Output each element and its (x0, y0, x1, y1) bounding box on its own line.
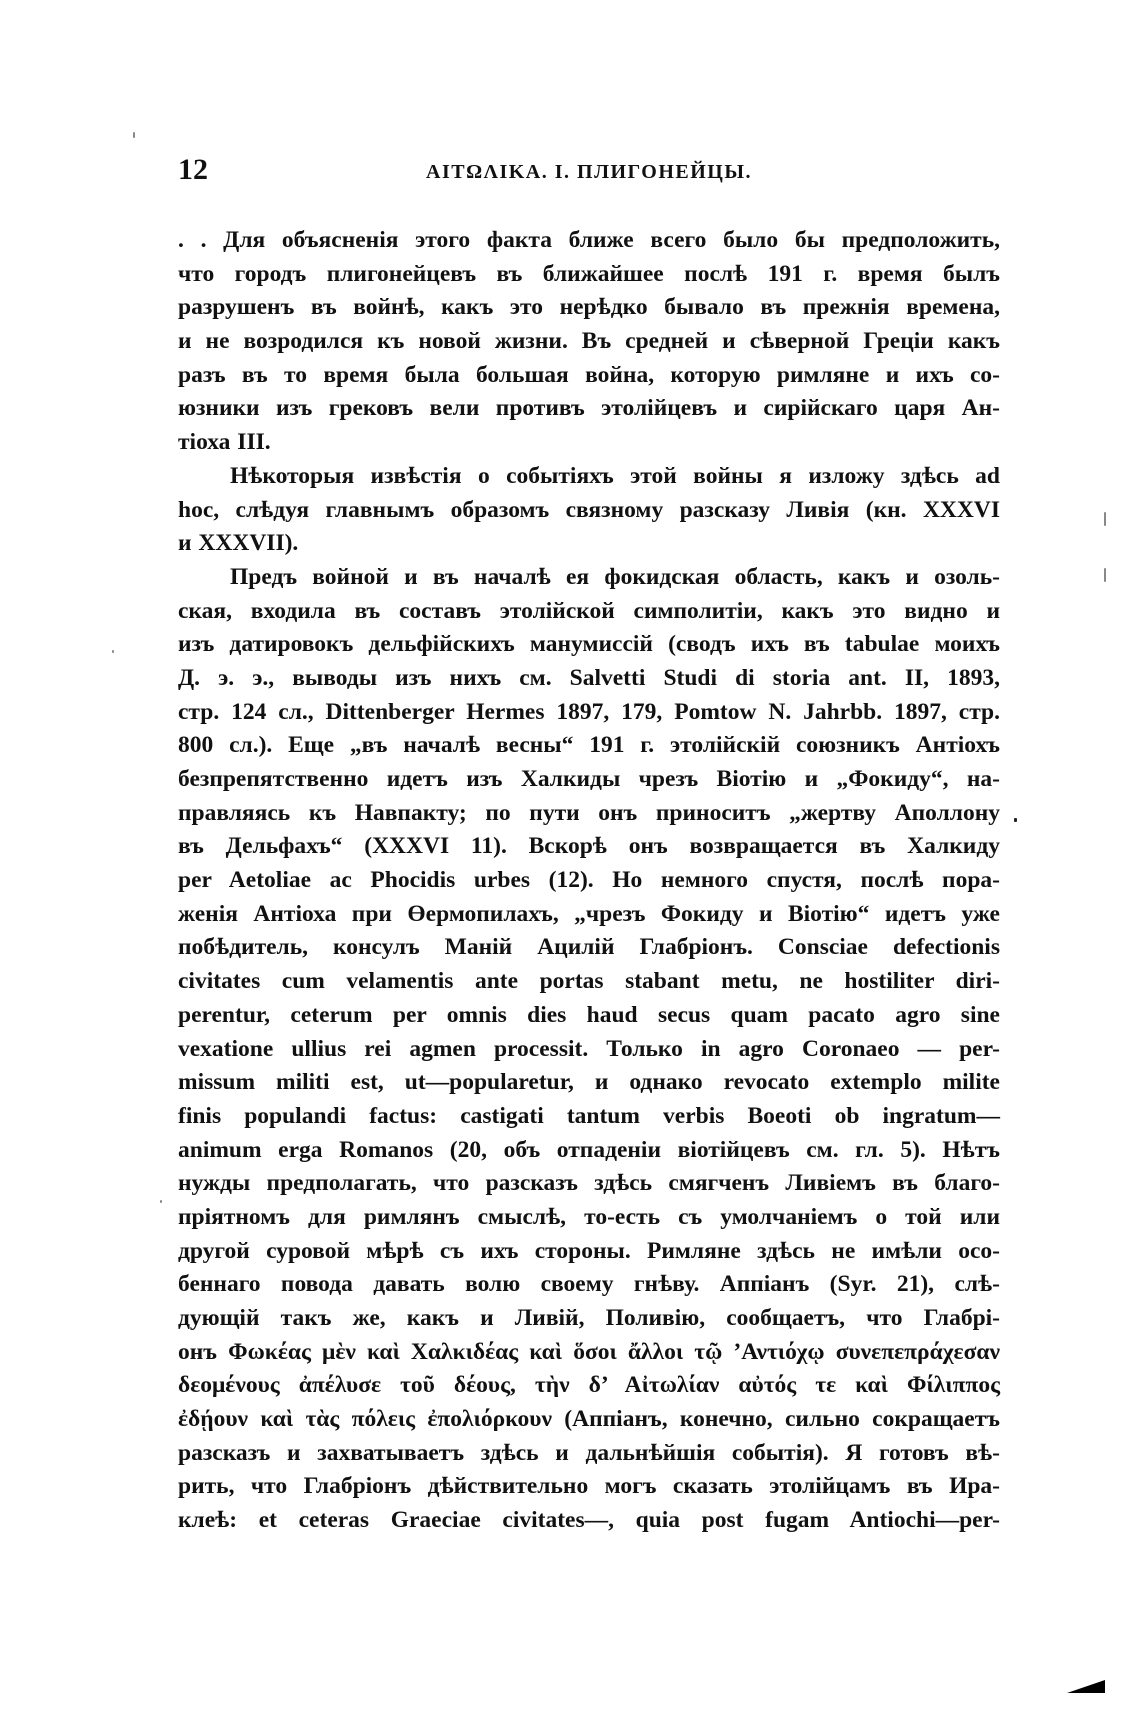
text-line: per Aetoliae ac Phocidis urbes (12). Но … (178, 864, 1000, 898)
text-line: animum erga Romanos (20, объ отпаденіи в… (178, 1134, 1000, 1168)
body-text: . . Для объясненія этого факта ближе все… (178, 224, 1000, 1538)
text-line: тіоха III. (178, 426, 1000, 460)
text-line: беннаго повода давать волю своему гнѣву.… (178, 1268, 1000, 1302)
text-line: изъ датировокъ дельфійскихъ манумиссій (… (178, 628, 1000, 662)
text-line: civitates cum velamentis ante portas sta… (178, 965, 1000, 999)
text-line: finis populandi factus: castigati tantum… (178, 1100, 1000, 1134)
running-head: 12 AITΩΛIKA. I. ПЛИГОНЕЙЦЫ. (178, 150, 1000, 190)
text-line: юзники изъ грековъ вели противъ этолійце… (178, 392, 1000, 426)
scan-speck (160, 1200, 162, 1203)
scan-speck (1104, 512, 1106, 526)
text-line: Д. э. э., выводы изъ нихъ см. Salvetti S… (178, 662, 1000, 696)
corner-mark (1067, 1680, 1105, 1693)
text-line: и XXXVII). (178, 527, 1000, 561)
text-line: пріятномъ для римлянъ смыслѣ, то-есть съ… (178, 1201, 1000, 1235)
text-line: и не возродился къ новой жизни. Въ средн… (178, 325, 1000, 359)
running-title: AITΩΛIKA. I. ПЛИГОНЕЙЦЫ. (178, 154, 1000, 190)
text-line: missum militi est, ut—popularetur, и одн… (178, 1066, 1000, 1100)
text-line: женія Антіоха при Өермопилахъ, „чрезъ Фо… (178, 898, 1000, 932)
text-line: ская, входила въ составъ этолійской симп… (178, 595, 1000, 629)
scan-speck (133, 132, 135, 138)
text-line: онъ Φωκέας μὲν καὶ Χαλκιδέας καὶ ὅσοι ἄλ… (178, 1336, 1000, 1370)
text-line: perentur, ceterum per omnis dies haud se… (178, 999, 1000, 1033)
text-line: разсказъ и захватываетъ здѣсь и дальнѣйш… (178, 1437, 1000, 1471)
book-page: 12 AITΩΛIKA. I. ПЛИГОНЕЙЦЫ. . . Для объя… (0, 0, 1140, 1711)
text-line: другой суровой мѣрѣ съ ихъ стороны. Римл… (178, 1235, 1000, 1269)
text-line: разрушенъ въ войнѣ, какъ это нерѣдко быв… (178, 291, 1000, 325)
text-line: клеѣ: et ceteras Graeciae civitates—, qu… (178, 1504, 1000, 1538)
text-line: въ Дельфахъ“ (XXXVI 11). Вскорѣ онъ возв… (178, 830, 1000, 864)
text-line: . . Для объясненія этого факта ближе все… (178, 224, 1000, 258)
text-line: разъ въ то время была большая война, кот… (178, 359, 1000, 393)
text-line: что городъ плигонейцевъ въ ближайшее пос… (178, 258, 1000, 292)
text-line: vexatione ullius rei agmen processit. То… (178, 1033, 1000, 1067)
text-line: правляясь къ Навпакту; по пути онъ прино… (178, 797, 1000, 831)
text-line: рить, что Глабріонъ дѣйствительно могъ с… (178, 1470, 1000, 1504)
text-line: безпрепятственно идетъ изъ Халкиды чрезъ… (178, 763, 1000, 797)
text-line: δεομένους ἀπέλυσε τοῦ δέους, τὴν δ’ Αἰτω… (178, 1369, 1000, 1403)
text-line: 800 сл.). Еще „въ началѣ весны“ 191 г. э… (178, 729, 1000, 763)
scan-speck (112, 650, 114, 653)
scan-speck (1104, 568, 1106, 582)
text-line: дующій такъ же, какъ и Ливій, Поливію, с… (178, 1302, 1000, 1336)
text-line: Нѣкоторыя извѣстія о событіяхъ этой войн… (178, 460, 1000, 494)
text-line: стр. 124 сл., Dittenberger Hermes 1897, … (178, 696, 1000, 730)
text-line: hoc, слѣдуя главнымъ образомъ связному р… (178, 494, 1000, 528)
text-line: Предъ войной и въ началѣ ея фокидская об… (178, 561, 1000, 595)
text-line: нужды предполагать, что разсказъ здѣсь с… (178, 1167, 1000, 1201)
scan-speck (1014, 818, 1017, 822)
text-line: ἐδῄουν καὶ τὰς πόλεις ἐπολιόρκουν (Аппіа… (178, 1403, 1000, 1437)
text-line: побѣдитель, консулъ Маній Ацилій Глабріо… (178, 931, 1000, 965)
